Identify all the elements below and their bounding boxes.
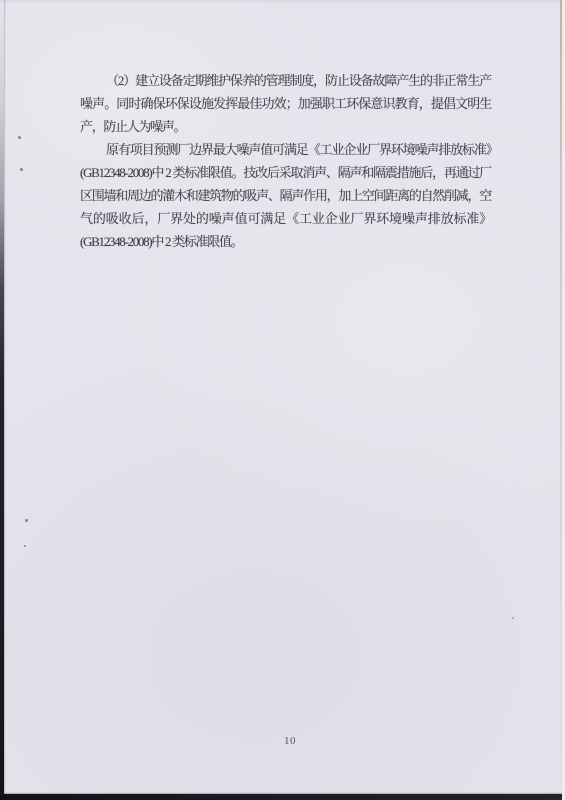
- scan-speck: [512, 617, 514, 619]
- scan-edge-left-shadow: [0, 0, 4, 800]
- scan-speck: [25, 519, 28, 522]
- scan-speck: [20, 168, 23, 171]
- scanned-document-page: （2）建立设备定期维护保养的管理制度，防止设备故障产生的非正常生产噪声。同时确保…: [0, 0, 565, 800]
- paragraph-maintenance-measures: （2）建立设备定期维护保养的管理制度，防止设备故障产生的非正常生产噪声。同时确保…: [80, 69, 491, 138]
- scan-speck: [18, 136, 21, 139]
- scan-speck: [24, 545, 26, 547]
- paragraph-noise-standard-compliance: 原有项目预测厂边界最大噪声值可满足《工业企业厂界环境噪声排放标准》(GB1234…: [80, 138, 491, 253]
- document-text-block: （2）建立设备定期维护保养的管理制度，防止设备故障产生的非正常生产噪声。同时确保…: [80, 69, 491, 253]
- scan-edge-bottom-shadow: [0, 794, 565, 800]
- page-number: 10: [0, 735, 565, 747]
